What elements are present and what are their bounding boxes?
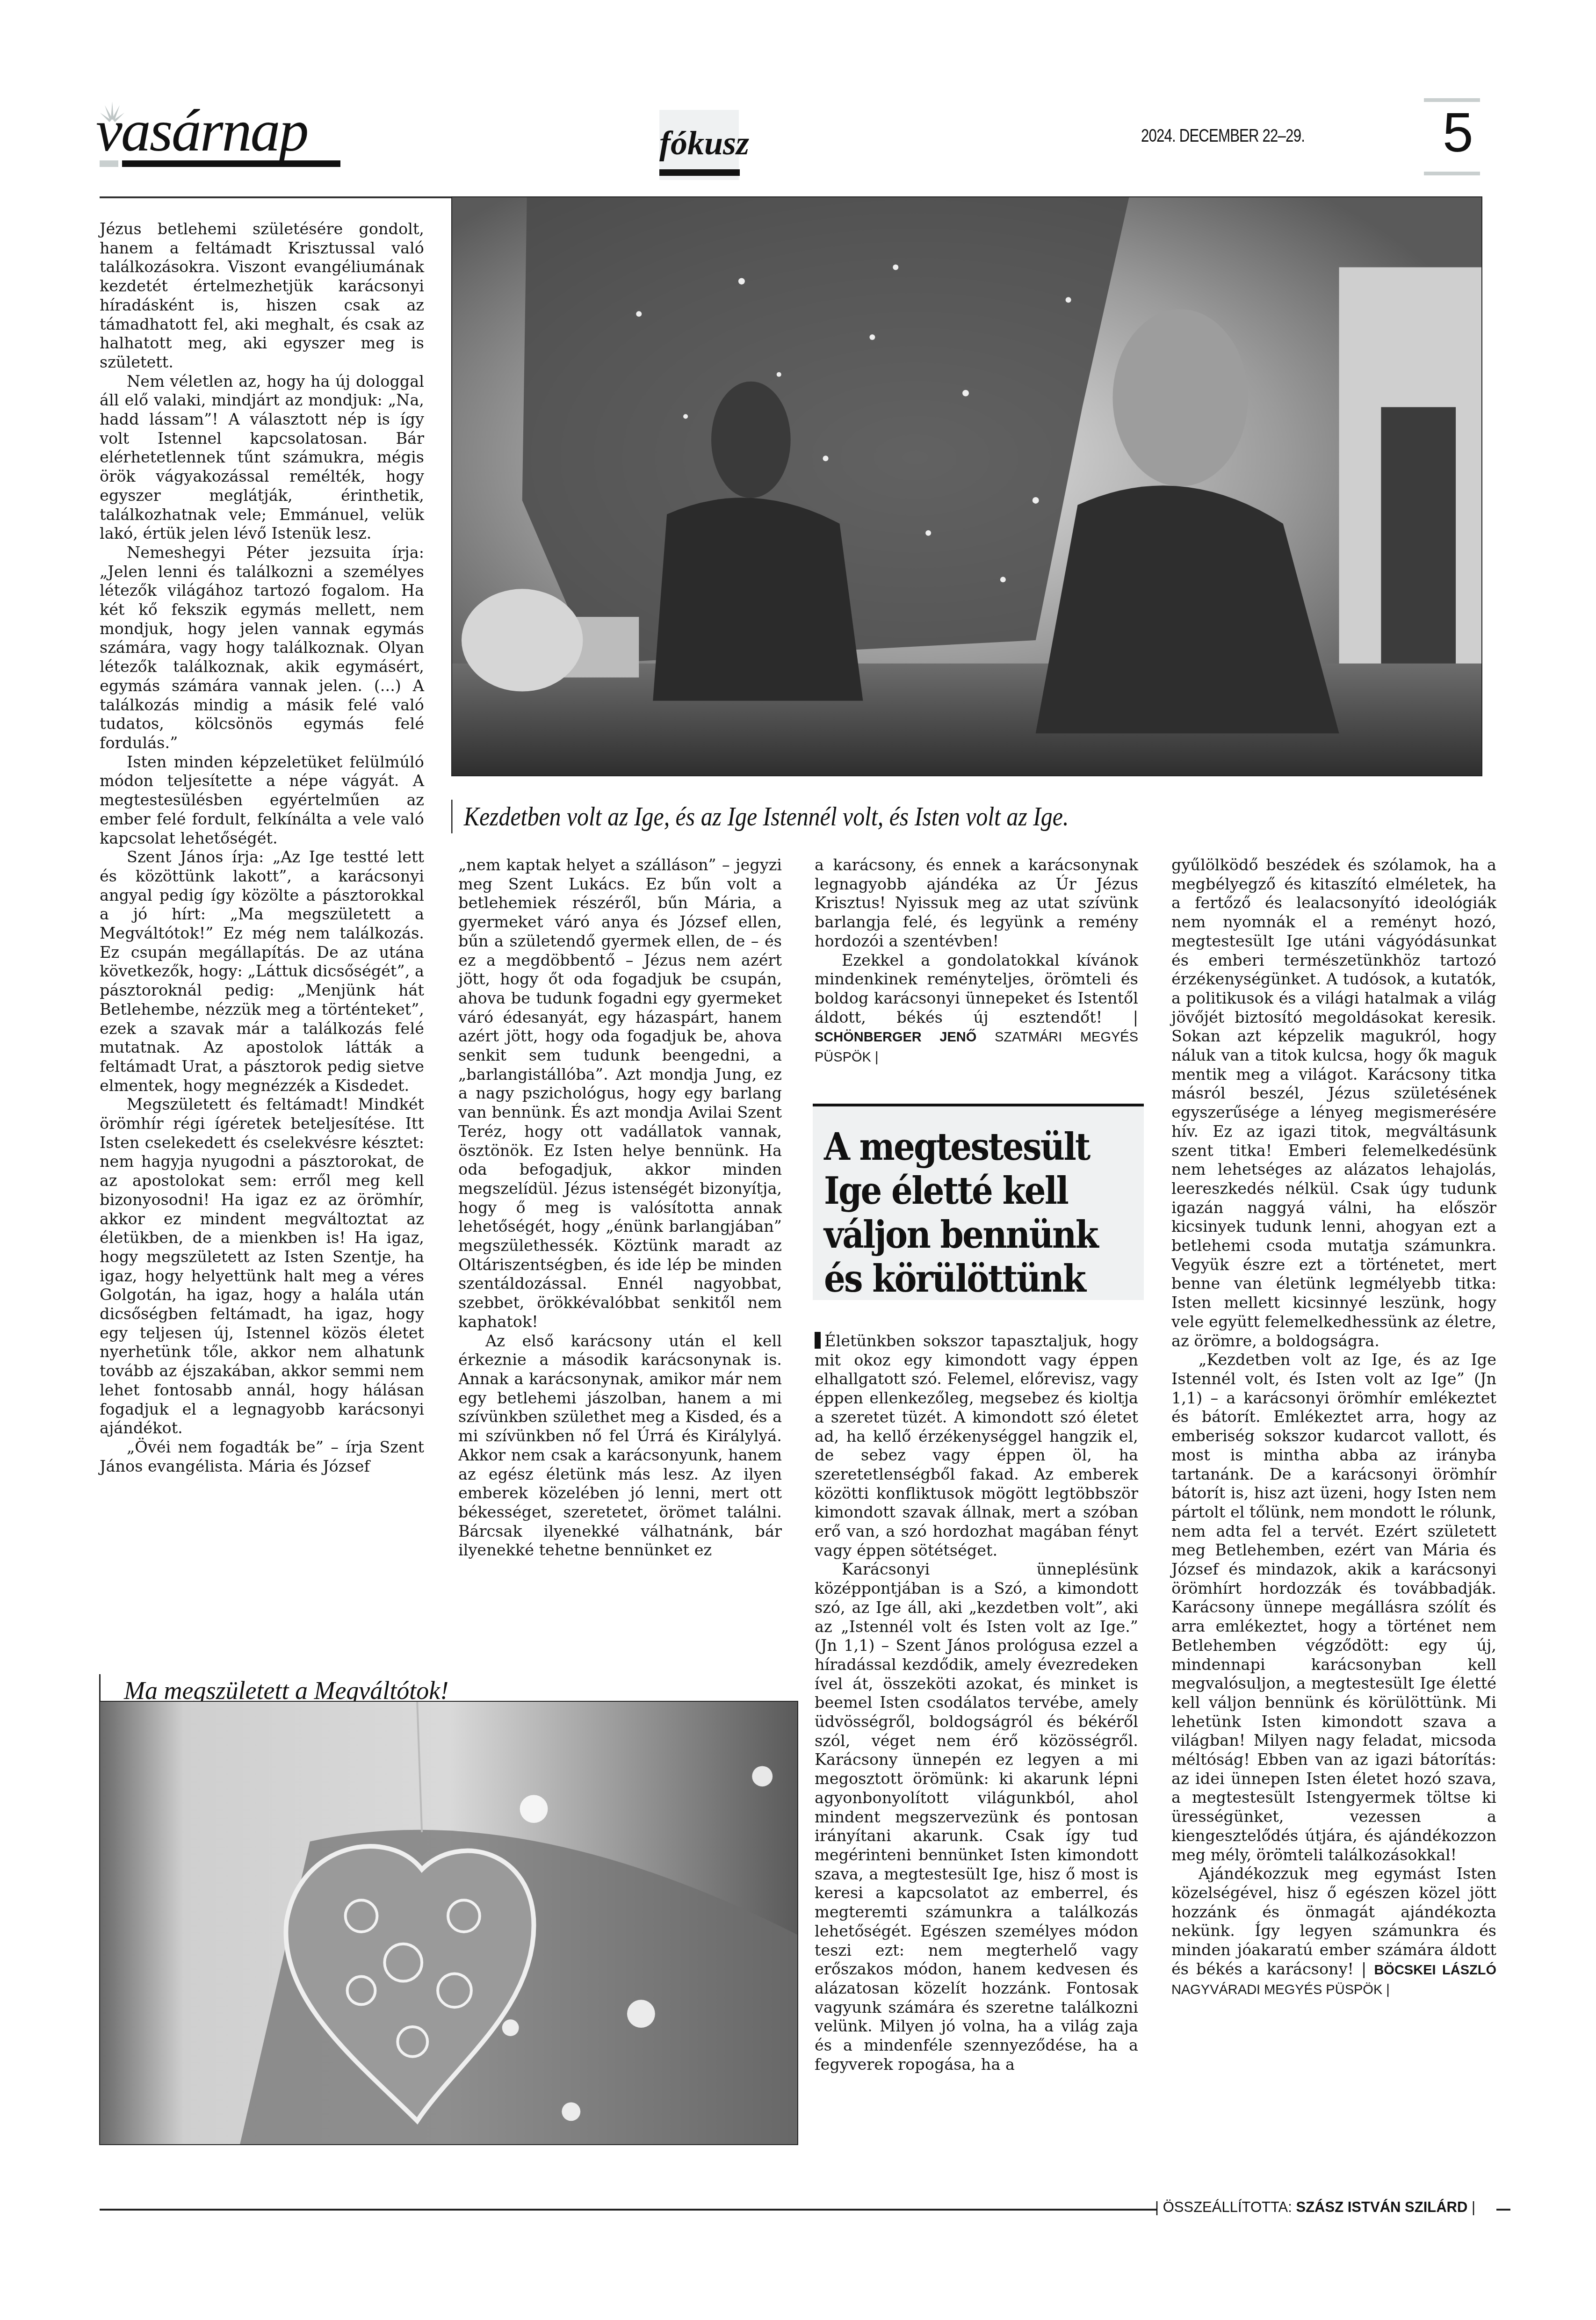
paragraph: „Kezdetben volt az Ige, és az Ige Istenn…: [1171, 1351, 1496, 1865]
paragraph: Nem véletlen az, hogy ha új dologgal áll…: [100, 372, 424, 543]
paragraph: Ajándékozzuk meg egymást Isten közelségé…: [1171, 1865, 1496, 2000]
author-name: BÖCSKEI LÁSZLÓ: [1374, 1963, 1496, 1978]
issue-date: 2024. DECEMBER 22–29.: [1141, 126, 1305, 146]
page-number-rule-top: [1424, 98, 1480, 102]
paragraph: Ezekkel a gondolatokkal kívánok mindenki…: [815, 951, 1138, 1067]
footer-divider: [100, 2209, 1156, 2211]
article2-column-1: Életünkben sokszor tapasztaljuk, hogy mi…: [815, 1332, 1138, 2074]
paragraph: Szent János írja: „Az Ige testté lett és…: [100, 848, 424, 1095]
lead-marker-icon: [815, 1332, 821, 1349]
paragraph: Karácsonyi ünneplésünk középpontjában is…: [815, 1560, 1138, 2074]
masthead-underline: [100, 160, 340, 167]
credit-name: SZÁSZ ISTVÁN SZILÁRD: [1296, 2199, 1468, 2215]
credit-label: | ÖSSZEÁLLÍTOTTA:: [1155, 2199, 1292, 2215]
ornament-photo: [99, 1701, 798, 2145]
footer-end-tick: [1496, 2209, 1510, 2211]
paragraph: gyűlölködő beszédek és szólamok, ha a me…: [1171, 856, 1496, 1351]
paragraph: „nem kaptak helyet a szálláson” – jegyzi…: [458, 856, 782, 1332]
article1-column-2: „nem kaptak helyet a szálláson” – jegyzi…: [458, 856, 782, 1560]
paragraph: Isten minden képzeletüket felülmúló módo…: [100, 753, 424, 848]
paragraph: Megszületett és feltámadt! Mindkét örömh…: [100, 1095, 424, 1438]
author-title: NAGYVÁRADI MEGYÉS PÜSPÖK |: [1171, 1982, 1390, 1997]
article1-column-1: Jézus betlehemi születésére gondolt, han…: [100, 220, 424, 1476]
page-number-rule-bottom: [1424, 172, 1480, 175]
article2-headline: A megtestesült Ige életté kell váljon be…: [824, 1125, 1110, 1301]
section-label: fókusz: [659, 124, 739, 163]
paragraph: Nemeshegyi Péter jezsuita írja: „Jelen l…: [100, 543, 424, 753]
author-name: SCHÖNBERGER JENŐ: [815, 1030, 976, 1045]
children-under-tree-illustration: [452, 197, 1481, 775]
credit-end: |: [1472, 2199, 1475, 2215]
main-photo: [451, 196, 1482, 776]
paragraph: „Övéi nem fogadták be” – írja Szent Jáno…: [100, 1438, 424, 1476]
paragraph: a karácsony, és ennek a karácsonynak leg…: [815, 856, 1138, 951]
paragraph: Életünkben sokszor tapasztaljuk, hogy mi…: [815, 1332, 1138, 1560]
article2-column-2: gyűlölködő beszédek és szólamok, ha a me…: [1171, 856, 1496, 2000]
compiler-credit: | ÖSSZEÁLLÍTOTTA: SZÁSZ ISTVÁN SZILÁRD |: [1155, 2198, 1475, 2217]
paragraph: Jézus betlehemi születésére gondolt, han…: [100, 220, 424, 372]
article1-column-3: a karácsony, és ennek a karácsonynak leg…: [815, 856, 1138, 1067]
section-label-underline: [659, 169, 740, 176]
paragraph: Az első karácsony után el kell érkeznie …: [458, 1332, 782, 1560]
masthead-logo: vasárnap: [96, 101, 307, 160]
author-signature: SCHÖNBERGER JENŐ SZATMÁRI MEGYÉS PÜSPÖK …: [815, 1030, 1138, 1065]
heart-ornament-illustration: [100, 1702, 797, 2144]
pull-quote-main: Kezdetben volt az Ige, és az Ige Istenné…: [451, 800, 1069, 833]
page-number: 5: [1443, 105, 1473, 160]
